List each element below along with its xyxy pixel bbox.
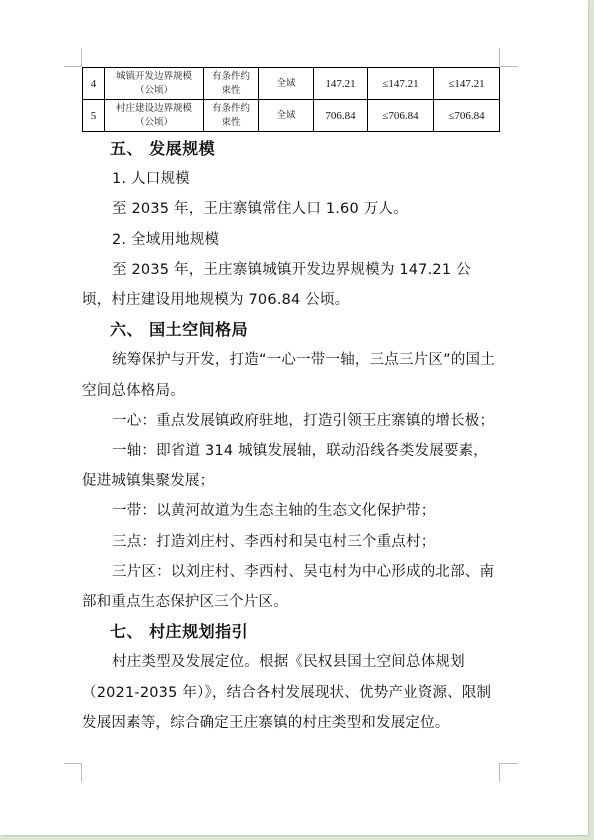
crop-mark-top-right-horizontal (500, 66, 518, 67)
paragraph-three-zones: 三片区：以刘庄村、李西村、吴屯村为中心形成的北部、南部和重点生态保护区三个片区。 (82, 557, 499, 617)
base-value-cell: 706.84 (314, 100, 368, 132)
attribute-line1: 有条件约 (204, 102, 258, 116)
base-value-cell: 147.21 (314, 68, 368, 100)
crop-mark-bottom-right-horizontal (500, 763, 518, 764)
document-body: 五、 发展规模 1. 人口规模 至 2035 年，王庄寨镇常住人口 1.60 万… (82, 134, 499, 738)
crop-mark-top-left-horizontal (64, 66, 82, 67)
subheading-population-scale: 1. 人口规模 (82, 164, 499, 194)
attribute-cell: 有条件约 束性 (204, 68, 259, 100)
table-row: 5 村庄建设边界规模 （公顷） 有条件约 束性 全域 706.84 ≤706.8… (83, 100, 500, 132)
target-value-1-cell: ≤147.21 (368, 68, 434, 100)
paragraph-three-points: 三点：打造刘庄村、李西村和吴屯村三个重点村； (82, 527, 499, 557)
section-heading-spatial-pattern: 六、 国土空间格局 (82, 315, 499, 345)
table-row: 4 城镇开发边界规模 （公顷） 有条件约 束性 全域 147.21 ≤147.2… (83, 68, 500, 100)
paragraph-spatial-intro: 统筹保护与开发，打造“一心一带一轴，三点三片区”的国土空间总体格局。 (82, 345, 499, 405)
subheading-land-use-scale: 2. 全域用地规模 (82, 225, 499, 255)
crop-mark-top-right-vertical (499, 48, 500, 66)
target-value-2-cell: ≤147.21 (434, 68, 500, 100)
indicator-unit: （公顷） (105, 84, 203, 98)
indicator-table: 4 城镇开发边界规模 （公顷） 有条件约 束性 全域 147.21 ≤147.2… (82, 67, 500, 132)
row-index: 4 (83, 68, 105, 100)
attribute-line1: 有条件约 (204, 70, 258, 84)
target-value-1-cell: ≤706.84 (368, 100, 434, 132)
indicator-name: 城镇开发边界规模 (105, 70, 203, 84)
crop-mark-bottom-right-vertical (499, 763, 500, 782)
attribute-line2: 束性 (204, 116, 258, 130)
crop-mark-bottom-left-vertical (81, 763, 82, 782)
indicator-name: 村庄建设边界规模 (105, 102, 203, 116)
attribute-cell: 有条件约 束性 (204, 100, 259, 132)
scope-cell: 全域 (259, 100, 314, 132)
paragraph-one-axis: 一轴：即省道 314 城镇发展轴，联动沿线各类发展要素，促进城镇集聚发展； (82, 436, 499, 496)
row-index: 5 (83, 100, 105, 132)
paragraph-one-belt: 一带：以黄河故道为生态主轴的生态文化保护带； (82, 496, 499, 526)
indicator-name-cell: 城镇开发边界规模 （公顷） (105, 68, 204, 100)
section-heading-village-planning: 七、 村庄规划指引 (82, 617, 499, 647)
document-page: 4 城镇开发边界规模 （公顷） 有条件约 束性 全域 147.21 ≤147.2… (0, 0, 588, 835)
attribute-line2: 束性 (204, 84, 258, 98)
section-heading-development-scale: 五、 发展规模 (82, 134, 499, 164)
scope-cell: 全域 (259, 68, 314, 100)
paragraph-population: 至 2035 年，王庄寨镇常住人口 1.60 万人。 (82, 194, 499, 224)
indicator-unit: （公顷） (105, 116, 203, 130)
crop-mark-top-left-vertical (81, 48, 82, 66)
paragraph-one-core: 一心：重点发展镇政府驻地，打造引领王庄寨镇的增长极； (82, 406, 499, 436)
indicator-name-cell: 村庄建设边界规模 （公顷） (105, 100, 204, 132)
paragraph-village-types: 村庄类型及发展定位。根据《民权县国土空间总体规划（2021-2035 年）》，结… (82, 647, 499, 738)
crop-mark-bottom-left-horizontal (64, 763, 82, 764)
target-value-2-cell: ≤706.84 (434, 100, 500, 132)
paragraph-land-use: 至 2035 年，王庄寨镇城镇开发边界规模为 147.21 公顷，村庄建设用地规… (82, 255, 499, 315)
